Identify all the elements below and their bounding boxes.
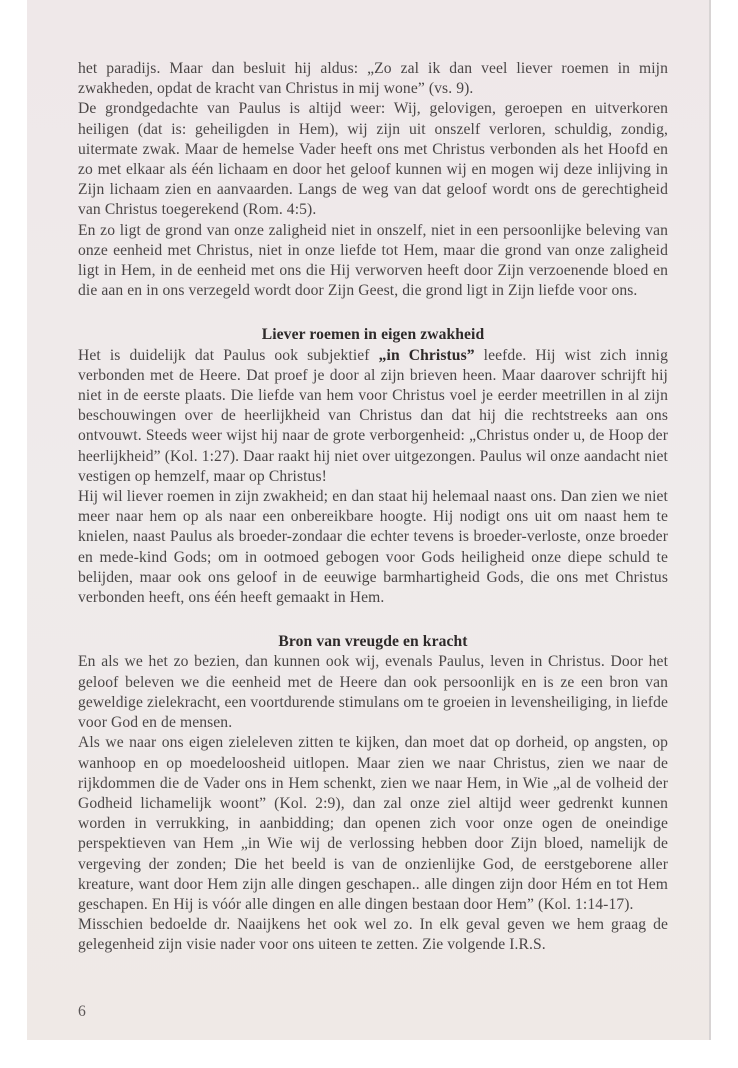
- page-body: het paradijs. Maar dan besluit hij aldus…: [78, 59, 668, 956]
- paragraph-7: Als we naar ons eigen zieleleven zitten …: [78, 733, 668, 915]
- paragraph-4-before: Het is duidelijk dat Paulus ook subjekti…: [78, 347, 379, 364]
- paragraph-2: De grondgedachte van Paulus is altijd we…: [78, 99, 668, 220]
- section-heading-liever-roemen: Liever roemen in eigen zwakheid: [78, 325, 668, 345]
- paragraph-8: Misschien bedoelde dr. Naaijkens het ook…: [78, 915, 668, 955]
- page-number: 6: [78, 1003, 86, 1021]
- paragraph-3: En zo ligt de grond van onze zaligheid n…: [78, 221, 668, 302]
- document-page: het paradijs. Maar dan besluit hij aldus…: [27, 0, 711, 1040]
- section-heading-bron-van-vreugde: Bron van vreugde en kracht: [78, 632, 668, 652]
- paragraph-4: Het is duidelijk dat Paulus ook subjekti…: [78, 346, 668, 487]
- paragraph-4-after: leefde. Hij wist zich innig verbonden me…: [78, 347, 668, 485]
- paragraph-6: En als we het zo bezien, dan kunnen ook …: [78, 652, 668, 733]
- paragraph-4-bold-phrase: „in Christus”: [379, 347, 475, 364]
- paragraph-1: het paradijs. Maar dan besluit hij aldus…: [78, 59, 668, 99]
- paragraph-5: Hij wil liever roemen in zijn zwakheid; …: [78, 487, 668, 608]
